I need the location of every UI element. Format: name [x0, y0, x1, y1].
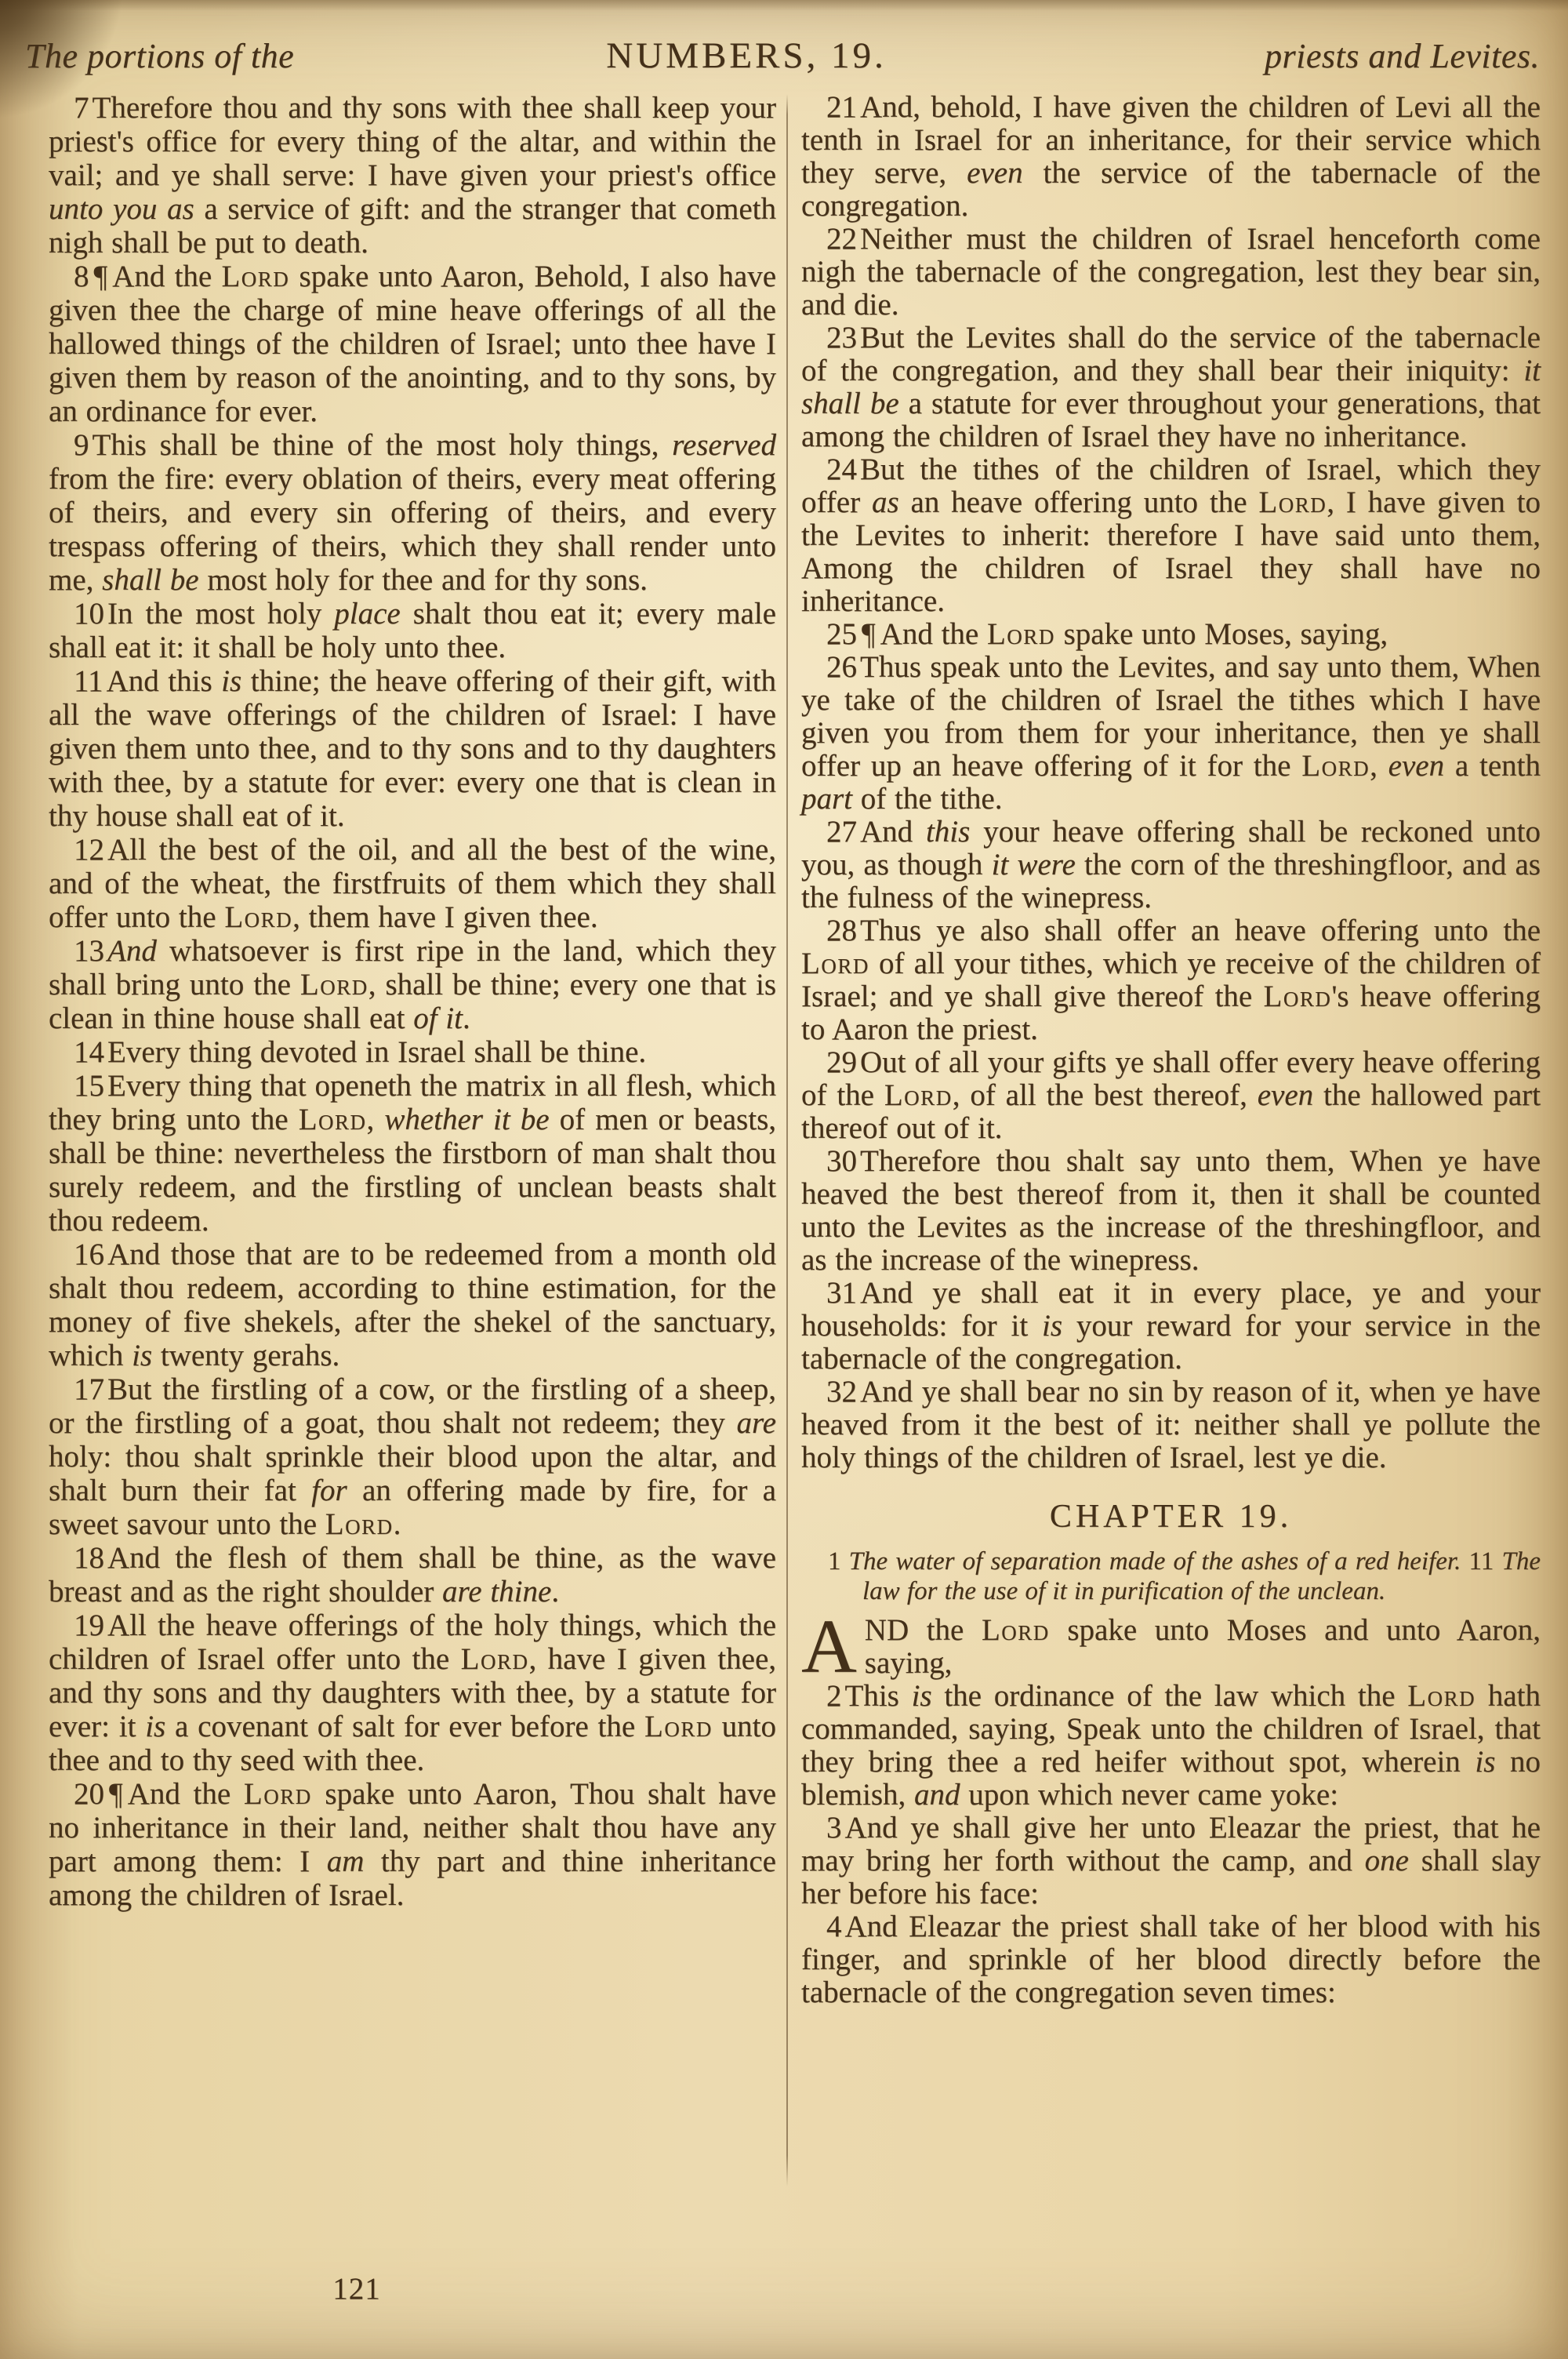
- lord-small-caps: Lord: [982, 1613, 1050, 1647]
- supplied-word-italic: place: [334, 597, 400, 631]
- verse-number: 19: [74, 1608, 107, 1642]
- verse-29: 29Out of all your gifts ye shall offer e…: [801, 1046, 1541, 1145]
- verse-number: 22: [826, 222, 860, 256]
- verse-15: 15Every thing that openeth the matrix in…: [49, 1069, 776, 1238]
- running-head: The portions of the NUMBERS, 19. priests…: [25, 35, 1540, 82]
- verse-number: 28: [826, 914, 860, 947]
- text-column-left: 7Therefore thou and thy sons with thee s…: [49, 91, 776, 1912]
- verse-14: 14Every thing devoted in Israel shall be…: [49, 1035, 776, 1069]
- verse-3: 3And ye shall give her unto Eleazar the …: [801, 1812, 1541, 1910]
- lord-small-caps: Lord: [224, 900, 292, 934]
- verse-9: 9This shall be thine of the most holy th…: [49, 428, 776, 597]
- verse-number: 30: [826, 1144, 860, 1178]
- verse-number: 2: [826, 1679, 845, 1713]
- supplied-word-italic: this: [926, 815, 970, 849]
- supplied-word-italic: it shall be: [801, 354, 1541, 420]
- supplied-word-italic: reserved: [672, 428, 776, 462]
- lord-small-caps: Lord: [1264, 980, 1332, 1013]
- supplied-word-italic: And: [107, 934, 157, 968]
- verse-22: 22Neither must the children of Israel he…: [801, 223, 1541, 322]
- verse-30: 30Therefore thou shalt say unto them, Wh…: [801, 1145, 1541, 1277]
- supplied-word-italic: The water of separation made of the ashe…: [849, 1547, 1461, 1576]
- verse-number: 21: [826, 90, 860, 124]
- supplied-word-italic: are: [736, 1406, 776, 1440]
- lord-small-caps: Lord: [801, 947, 869, 980]
- supplied-word-italic: is: [1042, 1309, 1062, 1343]
- supplied-word-italic: am: [327, 1845, 365, 1878]
- pilcrow-mark: ¶: [860, 617, 880, 651]
- verse-number: 23: [826, 321, 860, 354]
- supplied-word-italic: shall be: [102, 563, 198, 597]
- supplied-word-italic: part: [801, 782, 852, 816]
- verse-number: 7: [74, 91, 93, 125]
- verse-18: 18And the flesh of them shall be thine, …: [49, 1541, 776, 1608]
- verse-8: 8¶And the Lord spake unto Aaron, Behold,…: [49, 260, 776, 428]
- verse-number: 25: [826, 617, 860, 651]
- chapter-heading: CHAPTER 19.: [801, 1498, 1541, 1536]
- supplied-word-italic: is: [132, 1339, 152, 1372]
- supplied-word-italic: is: [912, 1679, 932, 1713]
- supplied-word-italic: whether it be: [384, 1103, 549, 1136]
- verse-number: 29: [826, 1045, 860, 1079]
- verse-32: 32And ye shall bear no sin by reason of …: [801, 1376, 1541, 1474]
- verse-10: 10In the most holy place shalt thou eat …: [49, 597, 776, 664]
- verse-number: 8: [74, 260, 93, 293]
- verse-31: 31And ye shall eat it in every place, ye…: [801, 1277, 1541, 1376]
- supplied-word-italic: for: [311, 1474, 347, 1507]
- lord-small-caps: Lord: [221, 260, 289, 293]
- running-head-title: NUMBERS, 19.: [606, 35, 886, 77]
- verse-13: 13And whatsoever is first ripe in the la…: [49, 934, 776, 1035]
- running-head-right: priests and Levites.: [923, 36, 1540, 76]
- verse-1-dropcap: AND the Lord spake unto Moses and unto A…: [801, 1614, 1541, 1680]
- verse-number: 27: [826, 815, 860, 849]
- drop-cap-initial: A: [801, 1614, 865, 1677]
- verse-number: 16: [74, 1238, 107, 1271]
- lord-small-caps: Lord: [884, 1078, 953, 1112]
- text-column-right: 21And, behold, I have given the children…: [801, 91, 1541, 2009]
- supplied-word-italic: as: [872, 485, 899, 519]
- verse-number: 12: [74, 833, 107, 867]
- verse-27: 27And this your heave offering shall be …: [801, 816, 1541, 914]
- lord-small-caps: Lord: [461, 1642, 529, 1676]
- verse-7: 7Therefore thou and thy sons with thee s…: [49, 91, 776, 260]
- supplied-word-italic: unto you as: [49, 192, 194, 226]
- lord-small-caps: Lord: [1301, 749, 1370, 783]
- verse-2: 2This is the ordinance of the law which …: [801, 1680, 1541, 1812]
- supplied-word-italic: is: [1475, 1745, 1495, 1779]
- supplied-word-italic: of it: [413, 1001, 463, 1035]
- verse-number: 32: [826, 1375, 860, 1408]
- supplied-word-italic: even: [967, 156, 1022, 190]
- verse-19: 19All the heave offerings of the holy th…: [49, 1608, 776, 1777]
- verse-25: 25¶And the Lord spake unto Moses, saying…: [801, 618, 1541, 651]
- verse-number: 15: [74, 1069, 107, 1103]
- lord-small-caps: Lord: [300, 968, 368, 1001]
- lord-small-caps: Lord: [644, 1710, 713, 1743]
- verse-number: 13: [74, 934, 107, 968]
- verse-12: 12All the best of the oil, and all the b…: [49, 833, 776, 934]
- lord-small-caps: Lord: [987, 617, 1055, 651]
- verse-number: 11: [74, 664, 107, 698]
- verse-26: 26Thus speak unto the Levites, and say u…: [801, 651, 1541, 816]
- verse-21: 21And, behold, I have given the children…: [801, 91, 1541, 223]
- lord-small-caps: Lord: [1407, 1679, 1475, 1713]
- verse-4: 4And Eleazar the priest shall take of he…: [801, 1910, 1541, 2009]
- verse-number: 20: [74, 1777, 107, 1811]
- verse-20: 20¶And the Lord spake unto Aaron, Thou s…: [49, 1777, 776, 1912]
- lord-small-caps: Lord: [244, 1777, 312, 1811]
- supplied-word-italic: it were: [992, 848, 1076, 881]
- column-divider: [786, 94, 788, 2186]
- pilcrow-mark: ¶: [107, 1777, 128, 1811]
- verse-11: 11And this is thine; the heave offering …: [49, 664, 776, 833]
- verse-24: 24But the tithes of the children of Isra…: [801, 453, 1541, 618]
- lord-small-caps: Lord: [325, 1507, 394, 1541]
- verse-number: 26: [826, 650, 860, 684]
- verse-28: 28Thus ye also shall offer an heave offe…: [801, 914, 1541, 1046]
- supplied-word-italic: even: [1388, 749, 1444, 783]
- supplied-word-italic: and: [914, 1778, 960, 1812]
- verse-number: 31: [826, 1276, 860, 1310]
- verse-number: 3: [826, 1811, 845, 1845]
- running-head-left: The portions of the: [25, 36, 642, 76]
- pilcrow-mark: ¶: [93, 260, 113, 293]
- verse-number: 24: [826, 453, 860, 486]
- chapter-summary: 1 The water of separation made of the as…: [801, 1547, 1541, 1606]
- lord-small-caps: Lord: [1258, 485, 1327, 519]
- verse-number: 14: [74, 1035, 107, 1069]
- verse-23: 23But the Levites shall do the service o…: [801, 322, 1541, 453]
- verse-number: 17: [74, 1372, 107, 1406]
- verse-number: 10: [74, 597, 107, 631]
- supplied-word-italic: is: [145, 1710, 165, 1743]
- supplied-word-italic: are thine: [442, 1575, 551, 1608]
- supplied-word-italic: one: [1365, 1844, 1409, 1877]
- verse-16: 16And those that are to be redeemed from…: [49, 1238, 776, 1372]
- verse-17: 17But the firstling of a cow, or the fir…: [49, 1372, 776, 1541]
- verse-number: 4: [826, 1910, 845, 1943]
- scan-top-edge-shading: [0, 0, 1568, 11]
- verse-number: 18: [74, 1541, 107, 1575]
- supplied-word-italic: even: [1258, 1078, 1313, 1112]
- bible-page-scan: The portions of the NUMBERS, 19. priests…: [0, 0, 1568, 2359]
- verse-number: 9: [74, 428, 93, 462]
- supplied-word-italic: is: [221, 664, 241, 698]
- page-number: 121: [310, 2271, 404, 2306]
- lord-small-caps: Lord: [299, 1103, 367, 1136]
